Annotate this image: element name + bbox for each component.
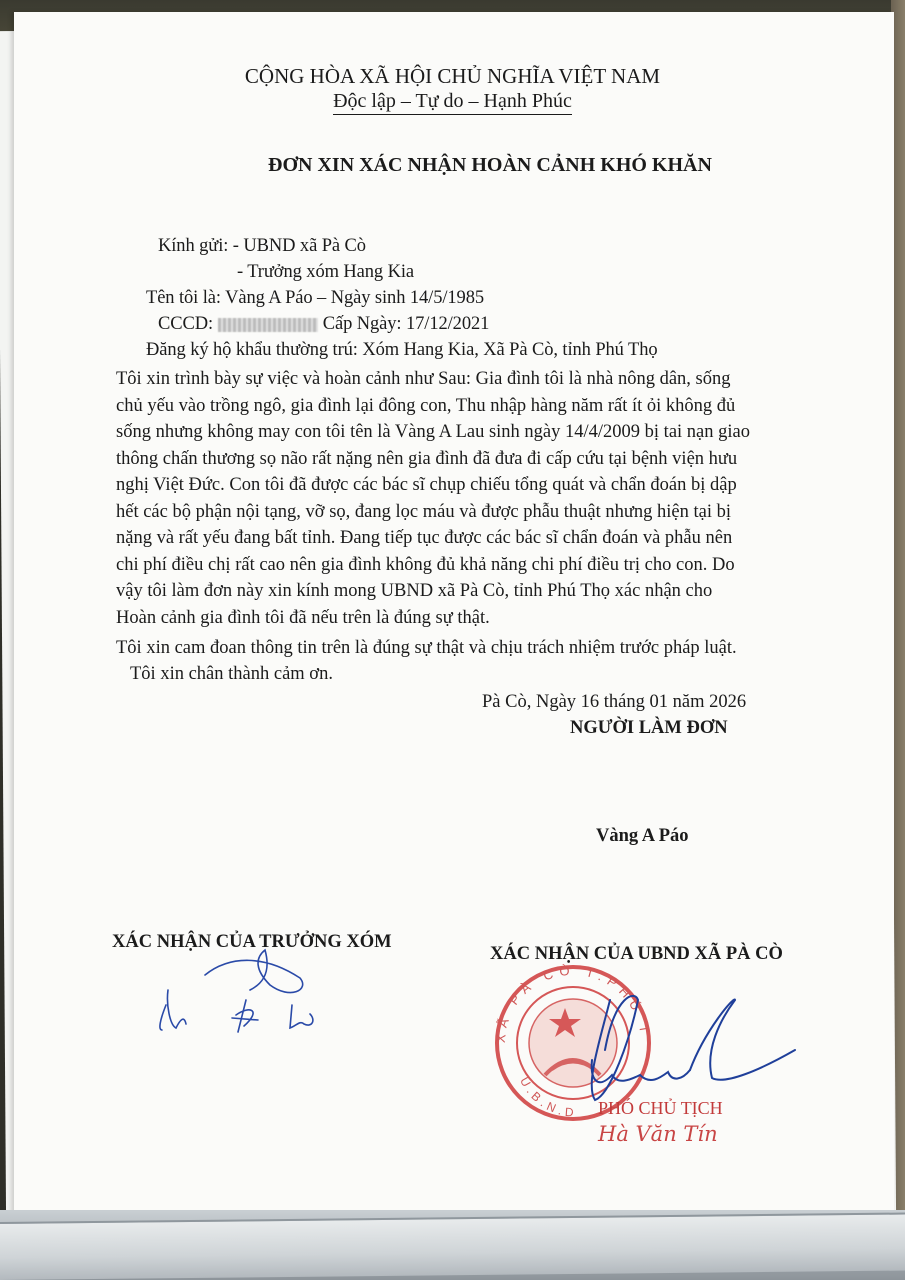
commune-signature (592, 996, 795, 1100)
commune-signer-name: Hà Văn Tín (598, 1122, 718, 1146)
commune-stamp: XÃ PÀ CÒ T.PHÚ THỌ U.B.N.D (0, 0, 905, 1280)
svg-text:XÃ PÀ CÒ T.PHÚ THỌ: XÃ PÀ CÒ T.PHÚ THỌ (0, 0, 653, 1043)
commune-signer-role: PHÓ CHỦ TỊCH (598, 1098, 723, 1119)
stamp-top-text: XÃ PÀ CÒ T.PHÚ THỌ (0, 0, 653, 1043)
